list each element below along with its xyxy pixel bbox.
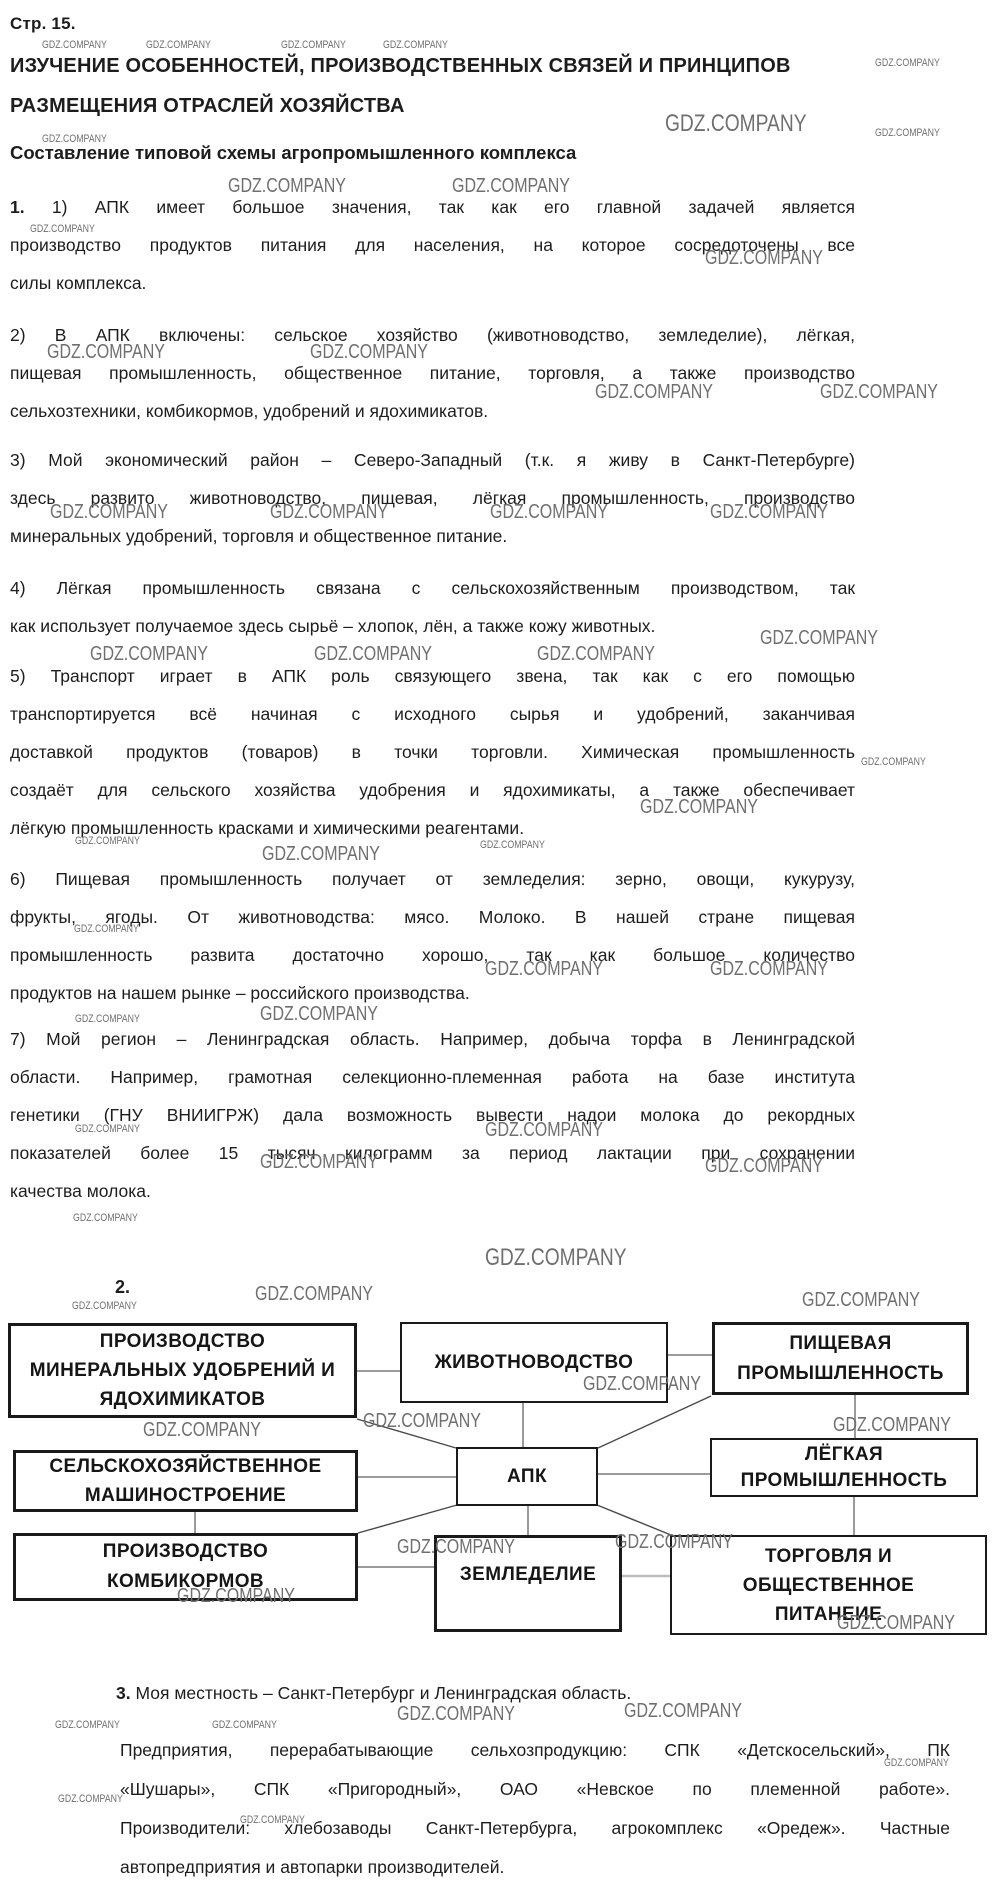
- gdz-watermark: GDZ.COMPANY: [281, 40, 346, 51]
- gdz-watermark: GDZ.COMPANY: [212, 1720, 277, 1731]
- diagram-box-apk: АПК: [456, 1447, 598, 1506]
- gdz-watermark: GDZ.COMPANY: [42, 134, 107, 145]
- gdz-watermark: GDZ.COMPANY: [485, 959, 603, 979]
- gdz-watermark: GDZ.COMPANY: [260, 1152, 378, 1172]
- gdz-watermark: GDZ.COMPANY: [143, 1420, 261, 1440]
- gdz-watermark: GDZ.COMPANY: [255, 1284, 373, 1304]
- gdz-watermark: GDZ.COMPANY: [583, 1374, 701, 1394]
- gdz-watermark: GDZ.COMPANY: [310, 342, 428, 362]
- gdz-watermark: GDZ.COMPANY: [710, 502, 828, 522]
- gdz-watermark: GDZ.COMPANY: [55, 1720, 120, 1731]
- gdz-watermark: GDZ.COMPANY: [270, 502, 388, 522]
- gdz-watermark: GDZ.COMPANY: [595, 382, 713, 402]
- gdz-watermark: GDZ.COMPANY: [363, 1411, 481, 1431]
- gdz-watermark: GDZ.COMPANY: [480, 840, 545, 851]
- gdz-watermark: GDZ.COMPANY: [485, 1120, 603, 1140]
- gdz-watermark: GDZ.COMPANY: [640, 797, 758, 817]
- gdz-watermark: GDZ.COMPANY: [75, 836, 140, 847]
- gdz-watermark: GDZ.COMPANY: [75, 1014, 140, 1025]
- gdz-watermark: GDZ.COMPANY: [710, 959, 828, 979]
- gdz-watermark: GDZ.COMPANY: [177, 1586, 295, 1606]
- diagram-box-minerals: ПРОИЗВОДСТВО МИНЕРАЛЬНЫХ УДОБРЕНИЙ И ЯДО…: [8, 1323, 357, 1418]
- gdz-watermark: GDZ.COMPANY: [837, 1613, 955, 1633]
- gdz-watermark: GDZ.COMPANY: [820, 382, 938, 402]
- diagram-box-minerals-label: ПРОИЗВОДСТВО МИНЕРАЛЬНЫХ УДОБРЕНИЙ И ЯДО…: [25, 1327, 340, 1414]
- gdz-watermark: GDZ.COMPANY: [705, 248, 823, 268]
- gdz-watermark: GDZ.COMPANY: [58, 1794, 123, 1805]
- gdz-watermark: GDZ.COMPANY: [262, 844, 380, 864]
- gdz-watermark: GDZ.COMPANY: [240, 1815, 305, 1826]
- gdz-watermark: GDZ.COMPANY: [875, 58, 940, 69]
- gdz-watermark: GDZ.COMPANY: [72, 1301, 137, 1312]
- gdz-watermark: GDZ.COMPANY: [884, 1758, 949, 1769]
- gdz-watermark: GDZ.COMPANY: [397, 1537, 515, 1557]
- gdz-watermark: GDZ.COMPANY: [861, 757, 926, 768]
- diagram-box-food-label: ПИЩЕВАЯ ПРОМЫШЛЕННОСТЬ: [723, 1329, 958, 1389]
- gdz-watermark: GDZ.COMPANY: [802, 1290, 920, 1310]
- gdz-watermark: GDZ.COMPANY: [75, 1124, 140, 1135]
- gdz-watermark: GDZ.COMPANY: [452, 176, 570, 196]
- gdz-watermark: GDZ.COMPANY: [537, 644, 655, 664]
- gdz-watermark: GDZ.COMPANY: [760, 628, 878, 648]
- diagram-box-light: ЛЁГКАЯ ПРОМЫШЛЕННОСТЬ: [710, 1438, 978, 1497]
- gdz-watermark: GDZ.COMPANY: [228, 176, 346, 196]
- diagram-box-food: ПИЩЕВАЯ ПРОМЫШЛЕННОСТЬ: [712, 1322, 969, 1395]
- gdz-watermark: GDZ.COMPANY: [146, 40, 211, 51]
- gdz-watermark: GDZ.COMPANY: [90, 644, 208, 664]
- diagram-box-crops-label: ЗЕМЛЕДЕЛИЕ: [460, 1560, 596, 1589]
- gdz-watermark: GDZ.COMPANY: [705, 1156, 823, 1176]
- gdz-watermark: GDZ.COMPANY: [260, 1004, 378, 1024]
- diagram-box-light-label: ЛЁГКАЯ ПРОМЫШЛЕННОСТЬ: [738, 1442, 950, 1494]
- gdz-watermark: GDZ.COMPANY: [314, 644, 432, 664]
- gdz-watermark: GDZ.COMPANY: [73, 1213, 138, 1224]
- gdz-watermark: GDZ.COMPANY: [397, 1704, 515, 1724]
- gdz-watermark: GDZ.COMPANY: [42, 40, 107, 51]
- gdz-watermark: GDZ.COMPANY: [615, 1532, 733, 1552]
- gdz-watermark: GDZ.COMPANY: [875, 128, 940, 139]
- gdz-watermark: GDZ.COMPANY: [490, 502, 608, 522]
- gdz-watermark: GDZ.COMPANY: [833, 1415, 951, 1435]
- document-page: GDZ.COMPANYGDZ.COMPANYGDZ.COMPANYGDZ.COM…: [0, 0, 1000, 1885]
- gdz-watermark: GDZ.COMPANY: [50, 502, 168, 522]
- gdz-watermark: GDZ.COMPANY: [383, 40, 448, 51]
- gdz-watermark: GDZ.COMPANY: [665, 112, 807, 136]
- diagram-box-apk-label: АПК: [507, 1462, 547, 1491]
- gdz-watermark: GDZ.COMPANY: [624, 1701, 742, 1721]
- gdz-watermark: GDZ.COMPANY: [485, 1246, 627, 1270]
- diagram-box-machinery-label: СЕЛЬСКОХОЗЯЙСТВЕННОЕ МАШИНОСТРОЕНИЕ: [24, 1452, 347, 1510]
- diagram-box-machinery: СЕЛЬСКОХОЗЯЙСТВЕННОЕ МАШИНОСТРОЕНИЕ: [13, 1450, 358, 1512]
- gdz-watermark: GDZ.COMPANY: [30, 224, 95, 235]
- gdz-watermark: GDZ.COMPANY: [74, 924, 139, 935]
- gdz-watermark: GDZ.COMPANY: [47, 342, 165, 362]
